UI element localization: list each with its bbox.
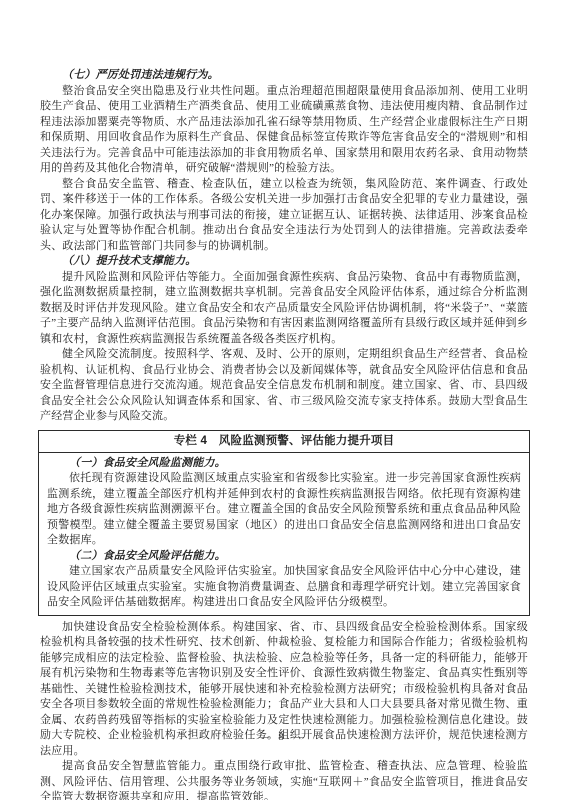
section-heading-8: （八）提升技术支撑能力。 [40, 254, 528, 270]
paragraph-risk-communication: 健全风险交流制度。按照科学、客观、及时、公开的原则，定期组织食品生产经营者、食品… [40, 347, 528, 425]
paragraph-rectify-hazards: 整治食品安全突出隐患及行业共性问题。重点治理超范围超限量使用食品添加剂、使用工业… [40, 84, 528, 177]
section-heading-7: （七）严厉处罚违法违规行为。 [40, 68, 528, 84]
box-item-1-text: 依托现有资源建设风险监测区域重点实验室和省级参比实验室。进一步完善国家食源性疾病… [47, 471, 521, 549]
document-page: （七）严厉处罚违法违规行为。 整治食品安全突出隐患及行业共性问题。重点治理超范围… [0, 0, 565, 800]
column-box-4: 专栏 4 风险监测预警、评估能力提升项目 （一）食品安全风险监测能力。 依托现有… [38, 430, 530, 616]
box-item-2-heading: （二）食品安全风险评估能力。 [47, 549, 521, 565]
box-item-2-text: 建立国家农产品质量安全风险评估实验室。加快国家食品安全风险评估中心分中心建设，建… [47, 564, 521, 611]
column-box-body: （一）食品安全风险监测能力。 依托现有资源建设风险监测区域重点实验室和省级参比实… [39, 453, 529, 615]
column-box-title: 专栏 4 风险监测预警、评估能力提升项目 [39, 431, 529, 453]
page-number: — 8 — [0, 731, 565, 743]
paragraph-smart-supervision: 提高食品安全智慧监管能力。重点围绕行政审批、监管检查、稽查执法、应急管理、检验监… [40, 759, 528, 800]
paragraph-integrate-enforcement: 整合食品安全监管、稽查、检查队伍，建立以检查为统领，集风险防范、案件调查、行政处… [40, 177, 528, 255]
box-item-1-heading: （一）食品安全风险监测能力。 [47, 456, 521, 472]
page-content: （七）严厉处罚违法违规行为。 整治食品安全突出隐患及行业共性问题。重点治理超范围… [40, 68, 528, 800]
paragraph-risk-monitoring: 提升风险监测和风险评估等能力。全面加强食源性疾病、食品污染物、食品中有毒物质监测… [40, 270, 528, 348]
